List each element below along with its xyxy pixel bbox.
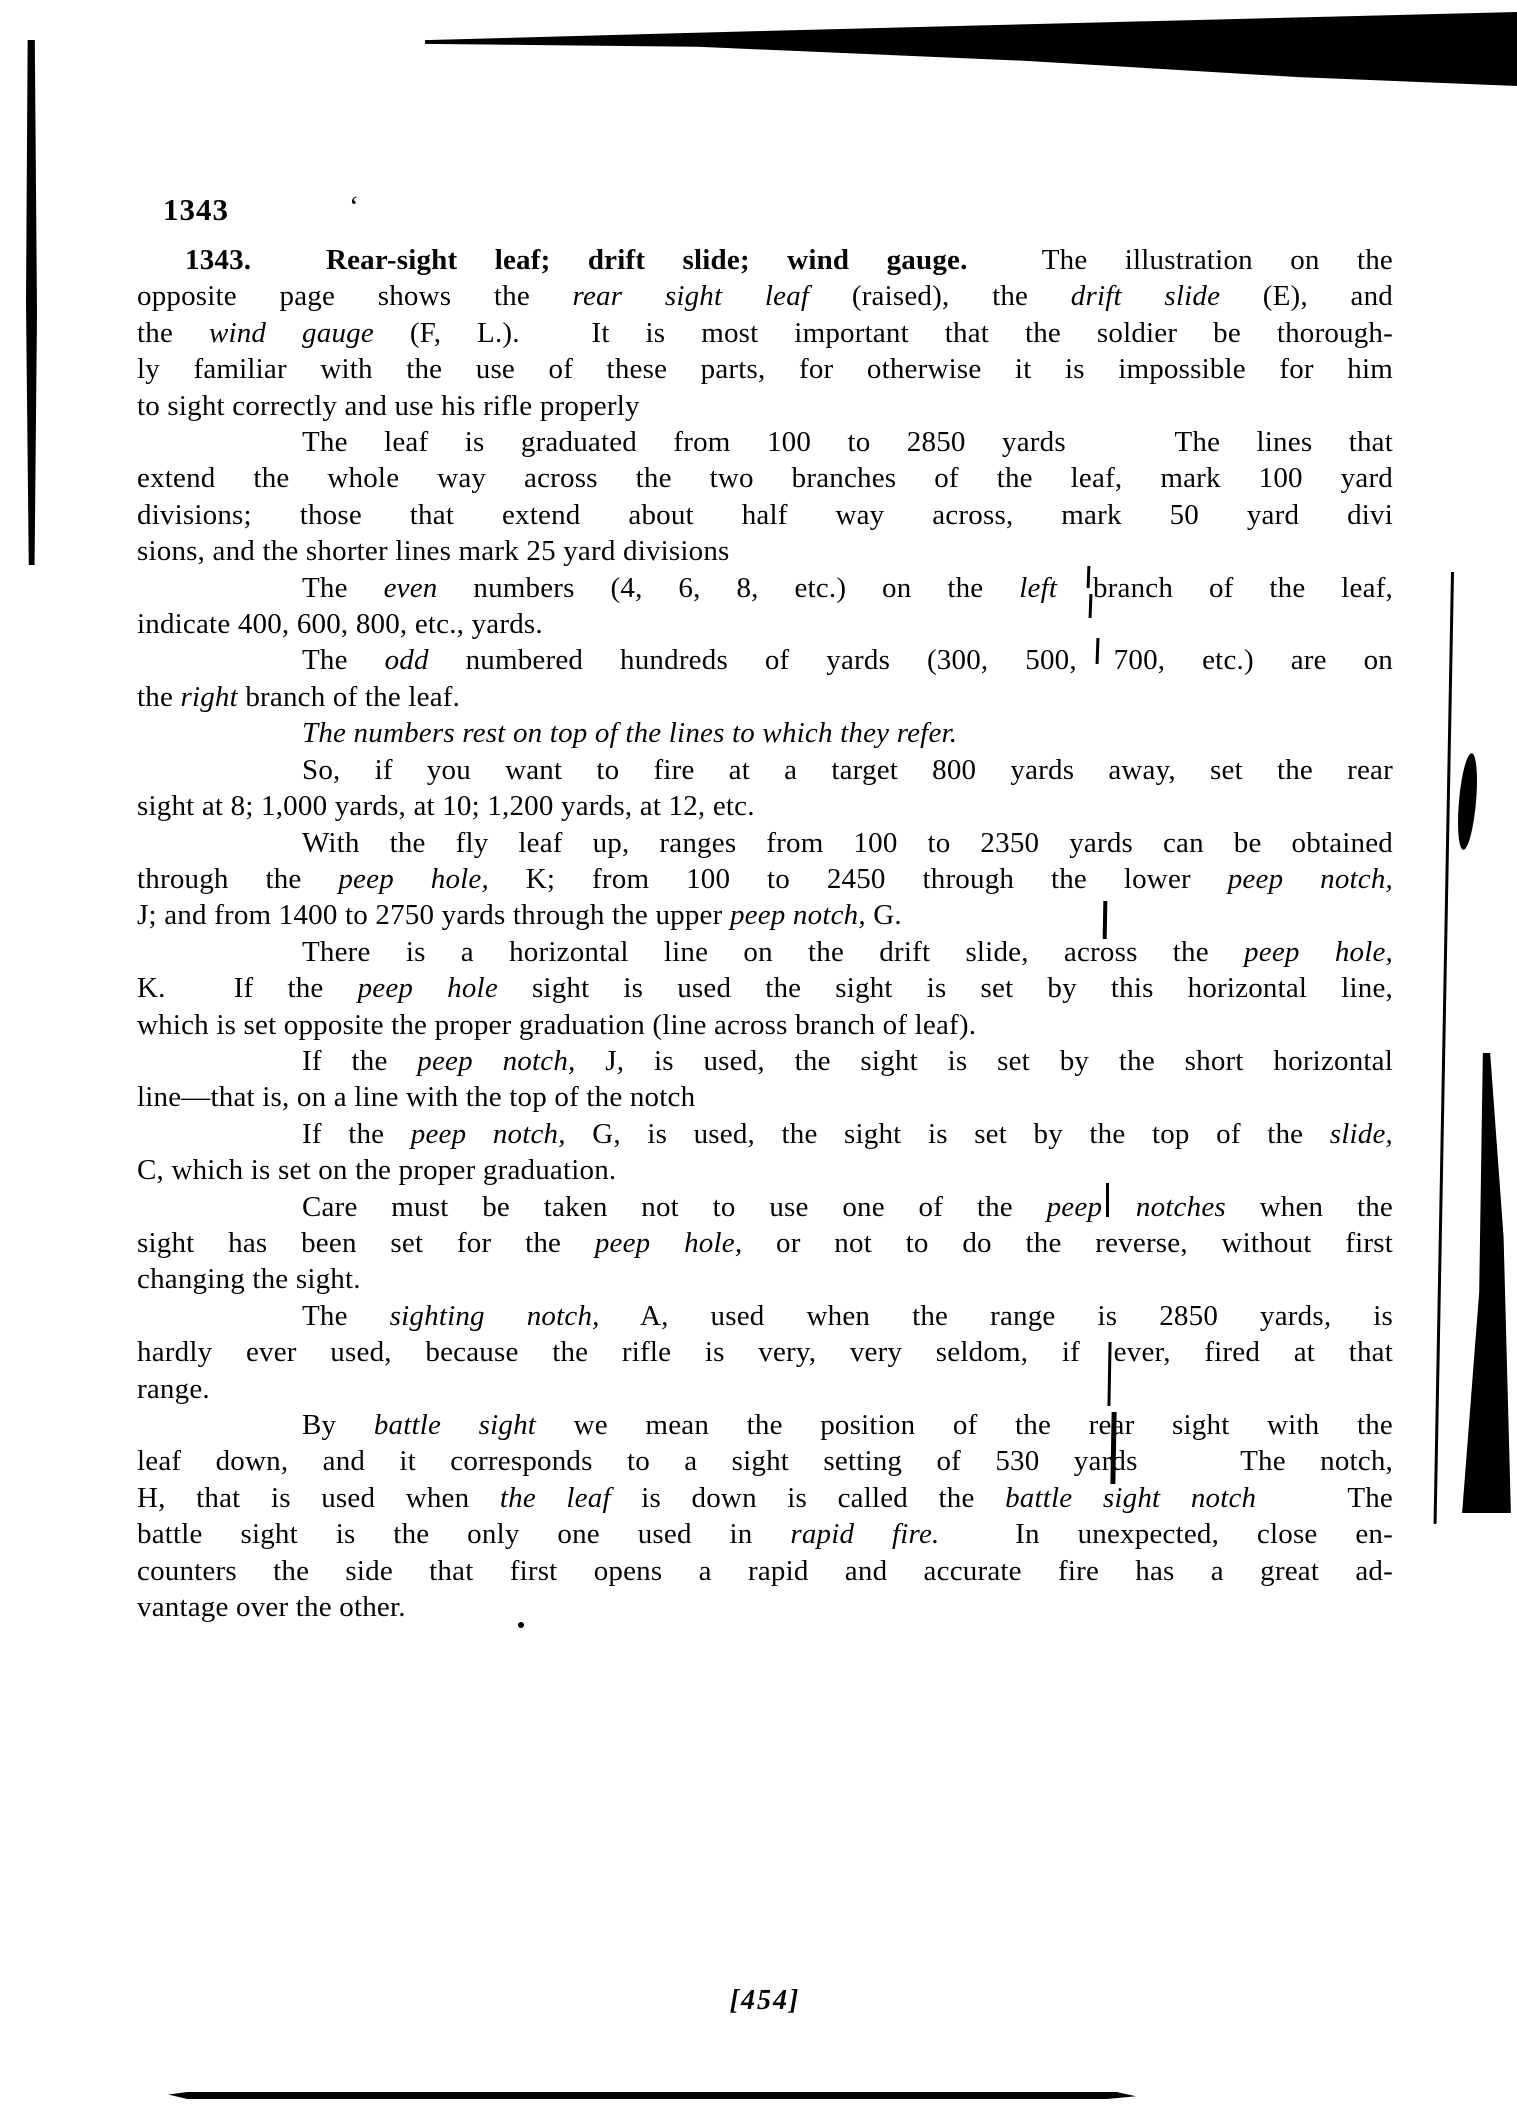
italic-text: battle sight notch <box>1005 1482 1256 1514</box>
text-line: sions, and the shorter lines mark 25 yar… <box>137 533 1393 569</box>
text-run: changing the sight. <box>137 1263 361 1295</box>
text-run: Care must be taken not to use one of the <box>302 1191 1047 1223</box>
text-run: sight is used the sight is set by this h… <box>498 972 1393 1004</box>
text-run: If the <box>302 1118 411 1150</box>
text-run: divisions; those that extend about half … <box>137 499 1393 531</box>
italic-text: peep hole <box>358 972 498 1004</box>
text-run: sight at 8; 1,000 yards, at 10; 1,200 ya… <box>137 790 755 822</box>
text-line: If the peep notch, J, is used, the sight… <box>137 1043 1393 1079</box>
text-line: sight at 8; 1,000 yards, at 10; 1,200 ya… <box>137 788 1393 824</box>
italic-text: peep hole, <box>338 863 489 895</box>
italic-text: rapid fire. <box>790 1518 939 1550</box>
text-line: the wind gauge (F, L.). It is most impor… <box>137 315 1393 351</box>
page-folio-number: 1343 <box>163 192 229 228</box>
text-run: when the <box>1226 1191 1393 1223</box>
text-run: to sight correctly and use his rifle pro… <box>137 390 640 422</box>
text-run: line—that is, on a line with the top of … <box>137 1081 695 1113</box>
scan-artifact-right-wedge <box>1456 1053 1517 1513</box>
scan-artifact-top-wedge <box>425 12 1517 86</box>
text-run: The illustration on the <box>968 244 1393 276</box>
italic-text: peep hole, <box>595 1227 742 1259</box>
italic-text: drift slide <box>1071 280 1220 312</box>
italic-text: sighting notch, <box>390 1300 600 1332</box>
text-run: we mean the position of the rear sight w… <box>536 1409 1393 1441</box>
text-line: The numbers rest on top of the lines to … <box>137 715 1393 751</box>
text-line: changing the sight. <box>137 1261 1393 1297</box>
text-run: A, used when the range is 2850 yards, is <box>600 1300 1393 1332</box>
text-run: (F, L.). It is most important that the s… <box>374 317 1393 349</box>
text-run: sions, and the shorter lines mark 25 yar… <box>137 535 730 567</box>
text-line: With the fly leaf up, ranges from 100 to… <box>137 825 1393 861</box>
text-line: vantage over the other. <box>137 1589 1393 1625</box>
text-line: to sight correctly and use his rifle pro… <box>137 388 1393 424</box>
text-run: is down is called the <box>611 1482 1005 1514</box>
text-run: leaf down, and it corresponds to a sight… <box>137 1445 1393 1477</box>
text-run: G, is used, the sight is set by the top … <box>566 1118 1330 1150</box>
stray-apostrophe-mark: ‘ <box>349 190 359 224</box>
italic-text: peep notches <box>1047 1191 1226 1223</box>
scan-artifact-right-line <box>1434 572 1454 1524</box>
text-line: range. <box>137 1371 1393 1407</box>
text-run: counters the side that first opens a rap… <box>137 1555 1393 1587</box>
text-line: ly familiar with the use of these parts,… <box>137 351 1393 387</box>
italic-text: peep notch, <box>730 899 866 931</box>
text-line: K. If the peep hole sight is used the si… <box>137 970 1393 1006</box>
text-run: C, which is set on the proper graduation… <box>137 1154 616 1186</box>
text-run: the <box>137 317 209 349</box>
text-run: sight has been set for the <box>137 1227 595 1259</box>
italic-text: left <box>1019 572 1057 604</box>
text-line: H, that is used when the leaf is down is… <box>137 1480 1393 1516</box>
italic-text: peep hole, <box>1244 936 1393 968</box>
text-run: By <box>302 1409 374 1441</box>
italic-text: peep notch, <box>411 1118 566 1150</box>
text-run: H, that is used when <box>137 1482 500 1514</box>
text-line: C, which is set on the proper graduation… <box>137 1152 1393 1188</box>
text-run: The <box>302 644 385 676</box>
text-line: So, if you want to fire at a target 800 … <box>137 752 1393 788</box>
text-run: opposite page shows the <box>137 280 573 312</box>
scanned-page: 1343 ‘ 1343. Rear-sight leaf; drift slid… <box>0 0 1517 2104</box>
scan-artifact-right-blob <box>1455 752 1480 850</box>
text-run: branch of the leaf, <box>1057 572 1393 604</box>
text-line: leaf down, and it corresponds to a sight… <box>137 1443 1393 1479</box>
text-run: range. <box>137 1373 210 1405</box>
text-run: ly familiar with the use of these parts,… <box>137 353 1393 385</box>
text-run: extend the whole way across the two bran… <box>137 462 1393 494</box>
text-line: The leaf is graduated from 100 to 2850 y… <box>137 424 1393 460</box>
text-run: G. <box>866 899 902 931</box>
text-line: The even numbers (4, 6, 8, etc.) on the … <box>137 570 1393 606</box>
text-run: (raised), the <box>809 280 1071 312</box>
italic-text: rear sight leaf <box>573 280 810 312</box>
text-run: The leaf is graduated from 100 to 2850 y… <box>302 426 1393 458</box>
text-run: The <box>1256 1482 1393 1514</box>
text-run: The <box>302 1300 390 1332</box>
text-run: branch of the leaf. <box>238 681 460 713</box>
text-run: through the <box>137 863 338 895</box>
scan-artifact-bottom-bar <box>168 2092 1136 2099</box>
text-line: The odd numbered hundreds of yards (300,… <box>137 642 1393 678</box>
text-line: counters the side that first opens a rap… <box>137 1553 1393 1589</box>
scan-artifact-left-bar <box>26 40 37 565</box>
text-line: sight has been set for the peep hole, or… <box>137 1225 1393 1261</box>
text-run: indicate 400, 600, 800, etc., yards. <box>137 608 543 640</box>
text-line: 1343. Rear-sight leaf; drift slide; wind… <box>137 242 1393 278</box>
italic-text: wind gauge <box>209 317 374 349</box>
text-line: extend the whole way across the two bran… <box>137 460 1393 496</box>
text-run: In unexpected, close en- <box>939 1518 1393 1550</box>
text-run: So, if you want to fire at a target 800 … <box>302 754 1393 786</box>
text-line: the right branch of the leaf. <box>137 679 1393 715</box>
page-number-footer: [454] <box>137 1985 1393 2017</box>
text-run: (E), and <box>1220 280 1393 312</box>
text-line: indicate 400, 600, 800, etc., yards. <box>137 606 1393 642</box>
body-text: 1343. Rear-sight leaf; drift slide; wind… <box>137 242 1393 1625</box>
text-run: K; from 100 to 2450 through the lower <box>489 863 1228 895</box>
italic-text: the leaf <box>500 1482 611 1514</box>
text-run: There is a horizontal line on the drift … <box>302 936 1244 968</box>
italic-text: battle sight <box>374 1409 536 1441</box>
bold-text: 1343. Rear-sight leaf; drift slide; wind… <box>185 244 968 276</box>
text-line: line—that is, on a line with the top of … <box>137 1079 1393 1115</box>
text-line: hardly ever used, because the rifle is v… <box>137 1334 1393 1370</box>
italic-text: right <box>180 681 237 713</box>
text-line: The sighting notch, A, used when the ran… <box>137 1298 1393 1334</box>
italic-text: The numbers rest on top of the lines to … <box>302 717 957 749</box>
italic-text: odd <box>385 644 429 676</box>
italic-text: peep notch, <box>1228 863 1393 895</box>
text-line: There is a horizontal line on the drift … <box>137 934 1393 970</box>
text-run: J; and from 1400 to 2750 yards through t… <box>137 899 730 931</box>
text-run: numbers (4, 6, 8, etc.) on the <box>438 572 1020 604</box>
text-line: opposite page shows the rear sight leaf … <box>137 278 1393 314</box>
text-run: the <box>137 681 180 713</box>
text-run: which is set opposite the proper graduat… <box>137 1009 976 1041</box>
text-run: The <box>302 572 384 604</box>
text-run: or not to do the reverse, without first <box>742 1227 1393 1259</box>
text-line: If the peep notch, G, is used, the sight… <box>137 1116 1393 1152</box>
text-run: hardly ever used, because the rifle is v… <box>137 1336 1393 1368</box>
italic-text: even <box>384 572 438 604</box>
italic-text: slide, <box>1330 1118 1393 1150</box>
italic-text: peep notch, <box>417 1045 575 1077</box>
text-run: numbered hundreds of yards (300, 500, 70… <box>429 644 1393 676</box>
text-line: divisions; those that extend about half … <box>137 497 1393 533</box>
text-line: which is set opposite the proper graduat… <box>137 1007 1393 1043</box>
text-run: With the fly leaf up, ranges from 100 to… <box>302 827 1393 859</box>
text-line: Care must be taken not to use one of the… <box>137 1189 1393 1225</box>
text-line: By battle sight we mean the position of … <box>137 1407 1393 1443</box>
text-run: vantage over the other. <box>137 1591 406 1623</box>
text-line: J; and from 1400 to 2750 yards through t… <box>137 897 1393 933</box>
text-line: battle sight is the only one used in rap… <box>137 1516 1393 1552</box>
text-line: through the peep hole, K; from 100 to 24… <box>137 861 1393 897</box>
text-run: battle sight is the only one used in <box>137 1518 790 1550</box>
text-run: If the <box>302 1045 417 1077</box>
text-run: J, is used, the sight is set by the shor… <box>575 1045 1393 1077</box>
text-run: K. If the <box>137 972 358 1004</box>
